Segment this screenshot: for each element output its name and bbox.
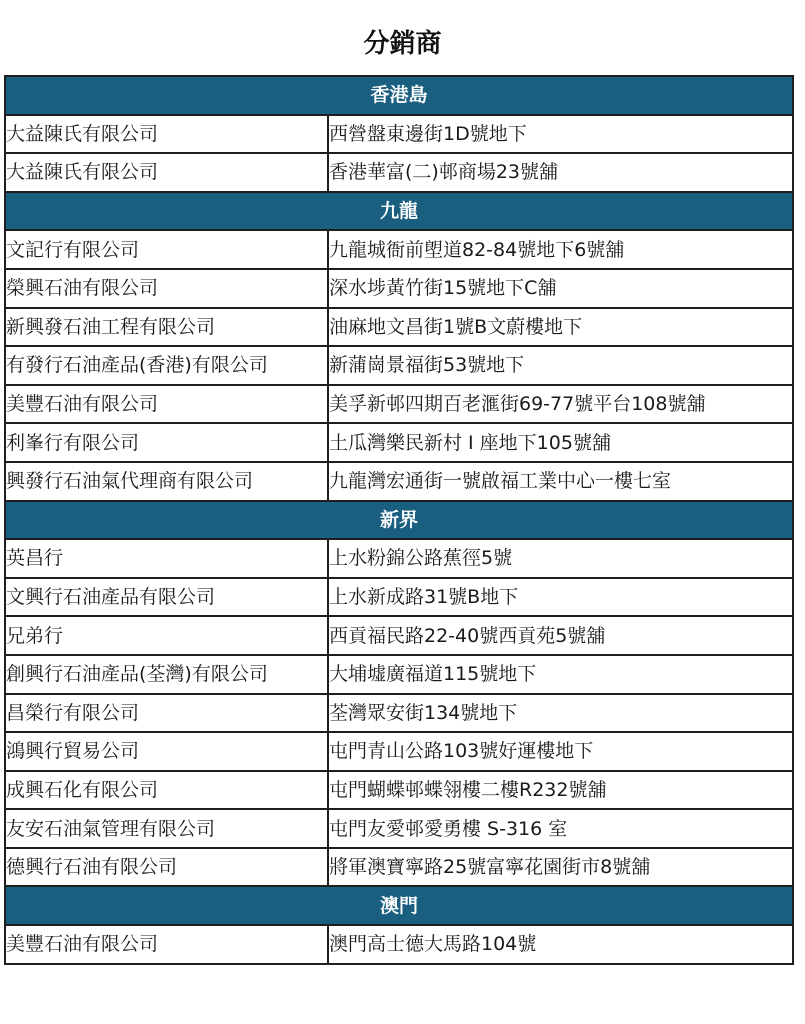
distributor-address: 西貢福民路22-40號西貢苑5號舖 <box>328 616 793 655</box>
distributor-address: 荃灣眾安街134號地下 <box>328 694 793 733</box>
distributor-table: 香港島 大益陳氏有限公司西營盤東邊街1D號地下 大益陳氏有限公司香港華富(二)邨… <box>4 75 794 965</box>
region-header: 新界 <box>5 501 793 540</box>
table-row: 昌榮行有限公司荃灣眾安街134號地下 <box>5 694 793 733</box>
table-row: 兄弟行西貢福民路22-40號西貢苑5號舖 <box>5 616 793 655</box>
distributor-name: 文記行有限公司 <box>5 230 328 269</box>
distributor-address: 大埔墟廣福道115號地下 <box>328 655 793 694</box>
distributor-name: 創興行石油產品(荃灣)有限公司 <box>5 655 328 694</box>
distributor-name: 榮興石油有限公司 <box>5 269 328 308</box>
table-row: 美豐石油有限公司美孚新邨四期百老滙街69-77號平台108號舖 <box>5 385 793 424</box>
table-row: 英昌行上水粉錦公路蕉徑5號 <box>5 539 793 578</box>
distributor-name: 英昌行 <box>5 539 328 578</box>
distributor-address: 澳門高士德大馬路104號 <box>328 925 793 964</box>
region-header: 九龍 <box>5 192 793 231</box>
table-row: 榮興石油有限公司深水埗黃竹街15號地下C舖 <box>5 269 793 308</box>
distributor-name: 大益陳氏有限公司 <box>5 115 328 154</box>
table-row: 新興發石油工程有限公司油麻地文昌街1號B文蔚樓地下 <box>5 308 793 347</box>
table-row: 興發行石油氣代理商有限公司九龍灣宏通街一號啟福工業中心一樓七室 <box>5 462 793 501</box>
distributor-name: 大益陳氏有限公司 <box>5 153 328 192</box>
distributor-address: 美孚新邨四期百老滙街69-77號平台108號舖 <box>328 385 793 424</box>
distributor-address: 九龍灣宏通街一號啟福工業中心一樓七室 <box>328 462 793 501</box>
distributor-address: 屯門蝴蝶邨蝶翎樓二樓R232號舖 <box>328 771 793 810</box>
table-row: 利峯行有限公司土瓜灣樂民新村 I 座地下105號舖 <box>5 423 793 462</box>
distributor-name: 德興行石油有限公司 <box>5 848 328 887</box>
distributor-address: 上水新成路31號B地下 <box>328 578 793 617</box>
distributor-name: 友安石油氣管理有限公司 <box>5 809 328 848</box>
distributor-name: 美豐石油有限公司 <box>5 385 328 424</box>
table-row: 有發行石油產品(香港)有限公司新蒲崗景福街53號地下 <box>5 346 793 385</box>
distributor-name: 美豐石油有限公司 <box>5 925 328 964</box>
distributor-address: 將軍澳寶寧路25號富寧花園街市8號舖 <box>328 848 793 887</box>
table-row: 文記行有限公司九龍城衙前塱道82-84號地下6號舖 <box>5 230 793 269</box>
distributor-address: 上水粉錦公路蕉徑5號 <box>328 539 793 578</box>
distributor-name: 新興發石油工程有限公司 <box>5 308 328 347</box>
distributor-address: 屯門青山公路103號好運樓地下 <box>328 732 793 771</box>
distributor-address: 九龍城衙前塱道82-84號地下6號舖 <box>328 230 793 269</box>
distributor-name: 興發行石油氣代理商有限公司 <box>5 462 328 501</box>
distributor-address: 香港華富(二)邨商場23號舖 <box>328 153 793 192</box>
distributor-name: 鴻興行貿易公司 <box>5 732 328 771</box>
page-title: 分銷商 <box>0 24 805 64</box>
distributor-address: 深水埗黃竹街15號地下C舖 <box>328 269 793 308</box>
region-header-row: 九龍 <box>5 192 793 231</box>
distributor-name: 成興石化有限公司 <box>5 771 328 810</box>
distributor-address: 土瓜灣樂民新村 I 座地下105號舖 <box>328 423 793 462</box>
table-row: 大益陳氏有限公司香港華富(二)邨商場23號舖 <box>5 153 793 192</box>
table-row: 美豐石油有限公司澳門高士德大馬路104號 <box>5 925 793 964</box>
distributor-name: 利峯行有限公司 <box>5 423 328 462</box>
distributor-name: 文興行石油產品有限公司 <box>5 578 328 617</box>
table-row: 文興行石油產品有限公司上水新成路31號B地下 <box>5 578 793 617</box>
distributor-name: 兄弟行 <box>5 616 328 655</box>
distributor-address: 屯門友愛邨愛勇樓 S-316 室 <box>328 809 793 848</box>
region-header: 香港島 <box>5 76 793 115</box>
table-row: 成興石化有限公司屯門蝴蝶邨蝶翎樓二樓R232號舖 <box>5 771 793 810</box>
table-row: 鴻興行貿易公司屯門青山公路103號好運樓地下 <box>5 732 793 771</box>
region-header-row: 澳門 <box>5 886 793 925</box>
region-header-row: 香港島 <box>5 76 793 115</box>
region-header: 澳門 <box>5 886 793 925</box>
distributor-address: 新蒲崗景福街53號地下 <box>328 346 793 385</box>
region-header-row: 新界 <box>5 501 793 540</box>
table-row: 德興行石油有限公司將軍澳寶寧路25號富寧花園街市8號舖 <box>5 848 793 887</box>
distributor-name: 有發行石油產品(香港)有限公司 <box>5 346 328 385</box>
distributor-name: 昌榮行有限公司 <box>5 694 328 733</box>
table-row: 創興行石油產品(荃灣)有限公司大埔墟廣福道115號地下 <box>5 655 793 694</box>
distributor-address: 西營盤東邊街1D號地下 <box>328 115 793 154</box>
table-row: 大益陳氏有限公司西營盤東邊街1D號地下 <box>5 115 793 154</box>
distributor-address: 油麻地文昌街1號B文蔚樓地下 <box>328 308 793 347</box>
table-row: 友安石油氣管理有限公司屯門友愛邨愛勇樓 S-316 室 <box>5 809 793 848</box>
